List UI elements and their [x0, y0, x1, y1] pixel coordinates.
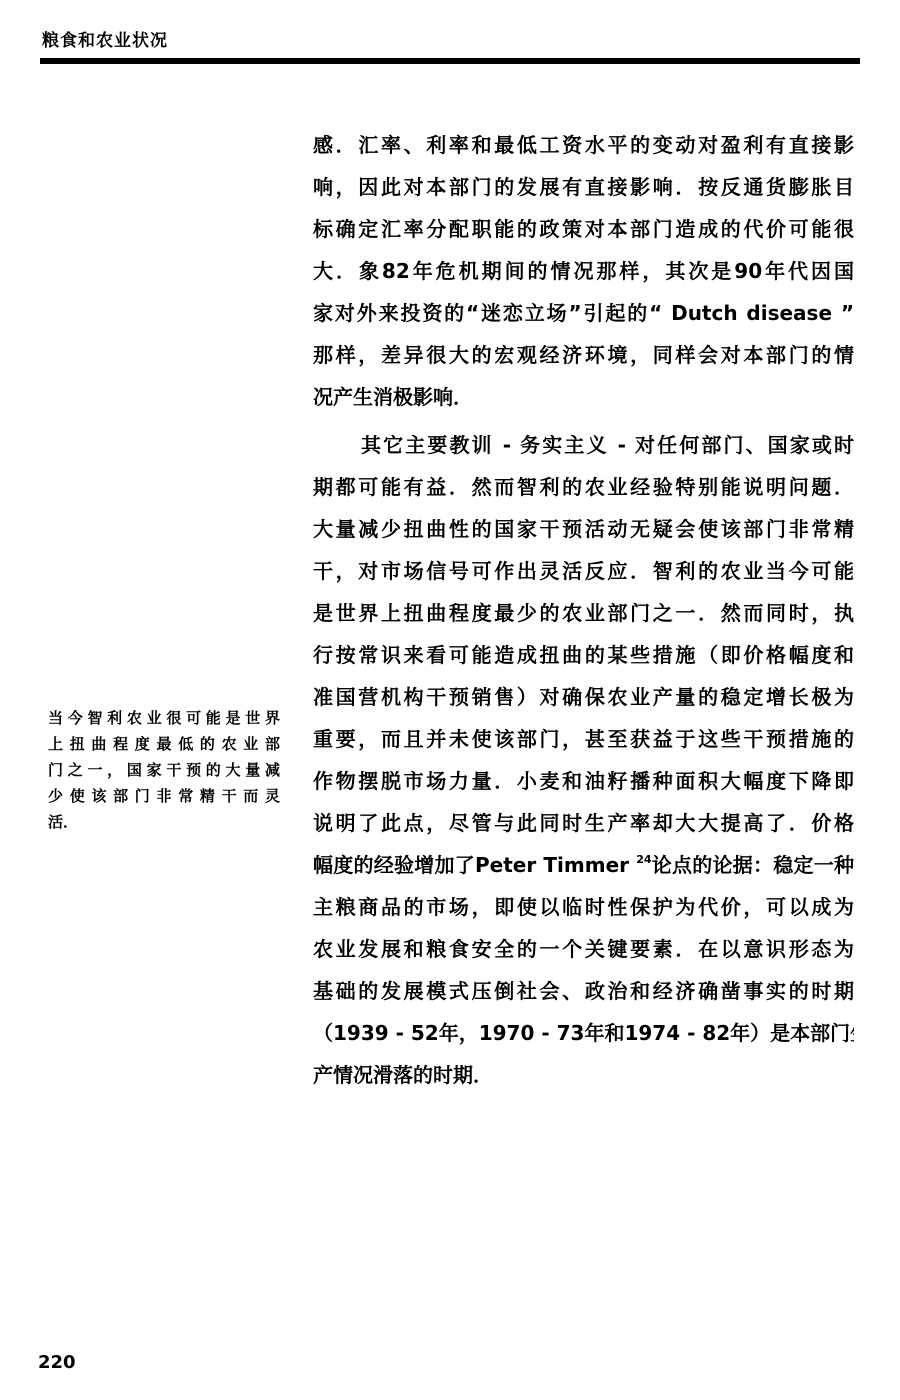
paragraph-1: 感．汇率、利率和最低工资水平的变动对盈利有直接影 响，因此对本部门的发展有直接影…: [313, 130, 854, 424]
text-line: 准国营机构干预销售）对确保农业产量的稳定增长极为: [313, 682, 854, 724]
text-line: 主粮商品的市场，即使以临时性保护为代价，可以成为: [313, 892, 854, 934]
text-line: 干，对市场信号可作出灵活反应．智利的农业当今可能: [313, 556, 854, 598]
text-line: 响，因此对本部门的发展有直接影响．按反通货膨胀目: [313, 172, 854, 214]
page-number: 220: [38, 1352, 76, 1374]
header-rule: [40, 58, 860, 64]
text-line: 那样，差异很大的宏观经济环境，同样会对本部门的情: [313, 340, 854, 382]
sidenote-line: 少使该部门非常精干而灵: [48, 785, 280, 811]
sidenote-line: 当今智利农业很可能是世界: [48, 707, 280, 733]
text-line: 期都可能有益．然而智利的农业经验特别能说明问题．: [313, 472, 854, 514]
text-segment: 幅度的经验增加了Peter Timmer: [313, 853, 636, 877]
text-line: 说明了此点，尽管与此同时生产率却大大提高了．价格: [313, 808, 854, 850]
text-line: 产情况滑落的时期．: [313, 1060, 854, 1102]
text-line: 其它主要教训 - 务实主义 - 对任何部门、国家或时: [313, 430, 854, 472]
text-line: 行按常识来看可能造成扭曲的某些措施（即价格幅度和: [313, 640, 854, 682]
text-line: 感．汇率、利率和最低工资水平的变动对盈利有直接影: [313, 130, 854, 172]
running-head-title: 粮食和农业状况: [42, 31, 168, 51]
sidenote-line: 门之一，国家干预的大量减: [48, 759, 280, 785]
text-line: 农业发展和粮食安全的一个关键要素．在以意识形态为: [313, 934, 854, 976]
margin-sidenote: 当今智利农业很可能是世界 上扭曲程度最低的农业部 门之一，国家干预的大量减 少使…: [48, 707, 280, 837]
sidenote-line: 上扭曲程度最低的农业部: [48, 733, 280, 759]
text-line: （1939 - 52年，1970 - 73年和1974 - 82年）是本部门生: [313, 1018, 854, 1060]
text-line: 基础的发展模式压倒社会、政治和经济确凿事实的时期: [313, 976, 854, 1018]
body-text: 感．汇率、利率和最低工资水平的变动对盈利有直接影 响，因此对本部门的发展有直接影…: [313, 130, 854, 1102]
text-line: 是世界上扭曲程度最少的农业部门之一．然而同时，执: [313, 598, 854, 640]
text-line: 作物摆脱市场力量．小麦和油籽播种面积大幅度下降即: [313, 766, 854, 808]
text-line: 况产生消极影响．: [313, 382, 854, 424]
text-line: 重要，而且并未使该部门，甚至获益于这些干预措施的: [313, 724, 854, 766]
paragraph-2: 其它主要教训 - 务实主义 - 对任何部门、国家或时 期都可能有益．然而智利的农…: [313, 430, 854, 1102]
text-line-with-footnote: 幅度的经验增加了Peter Timmer 24论点的论据：稳定一种: [313, 850, 854, 892]
footnote-reference: 24: [636, 853, 651, 866]
text-line: 大．象82年危机期间的情况那样，其次是90年代因国: [313, 256, 854, 298]
text-line: 家对外来投资的“迷恋立场”引起的“ Dutch disease ”: [313, 298, 854, 340]
text-line: 标确定汇率分配职能的政策对本部门造成的代价可能很: [313, 214, 854, 256]
text-line: 大量减少扭曲性的国家干预活动无疑会使该部门非常精: [313, 514, 854, 556]
text-segment: 论点的论据：稳定一种: [652, 853, 854, 877]
sidenote-line: 活．: [48, 811, 280, 837]
